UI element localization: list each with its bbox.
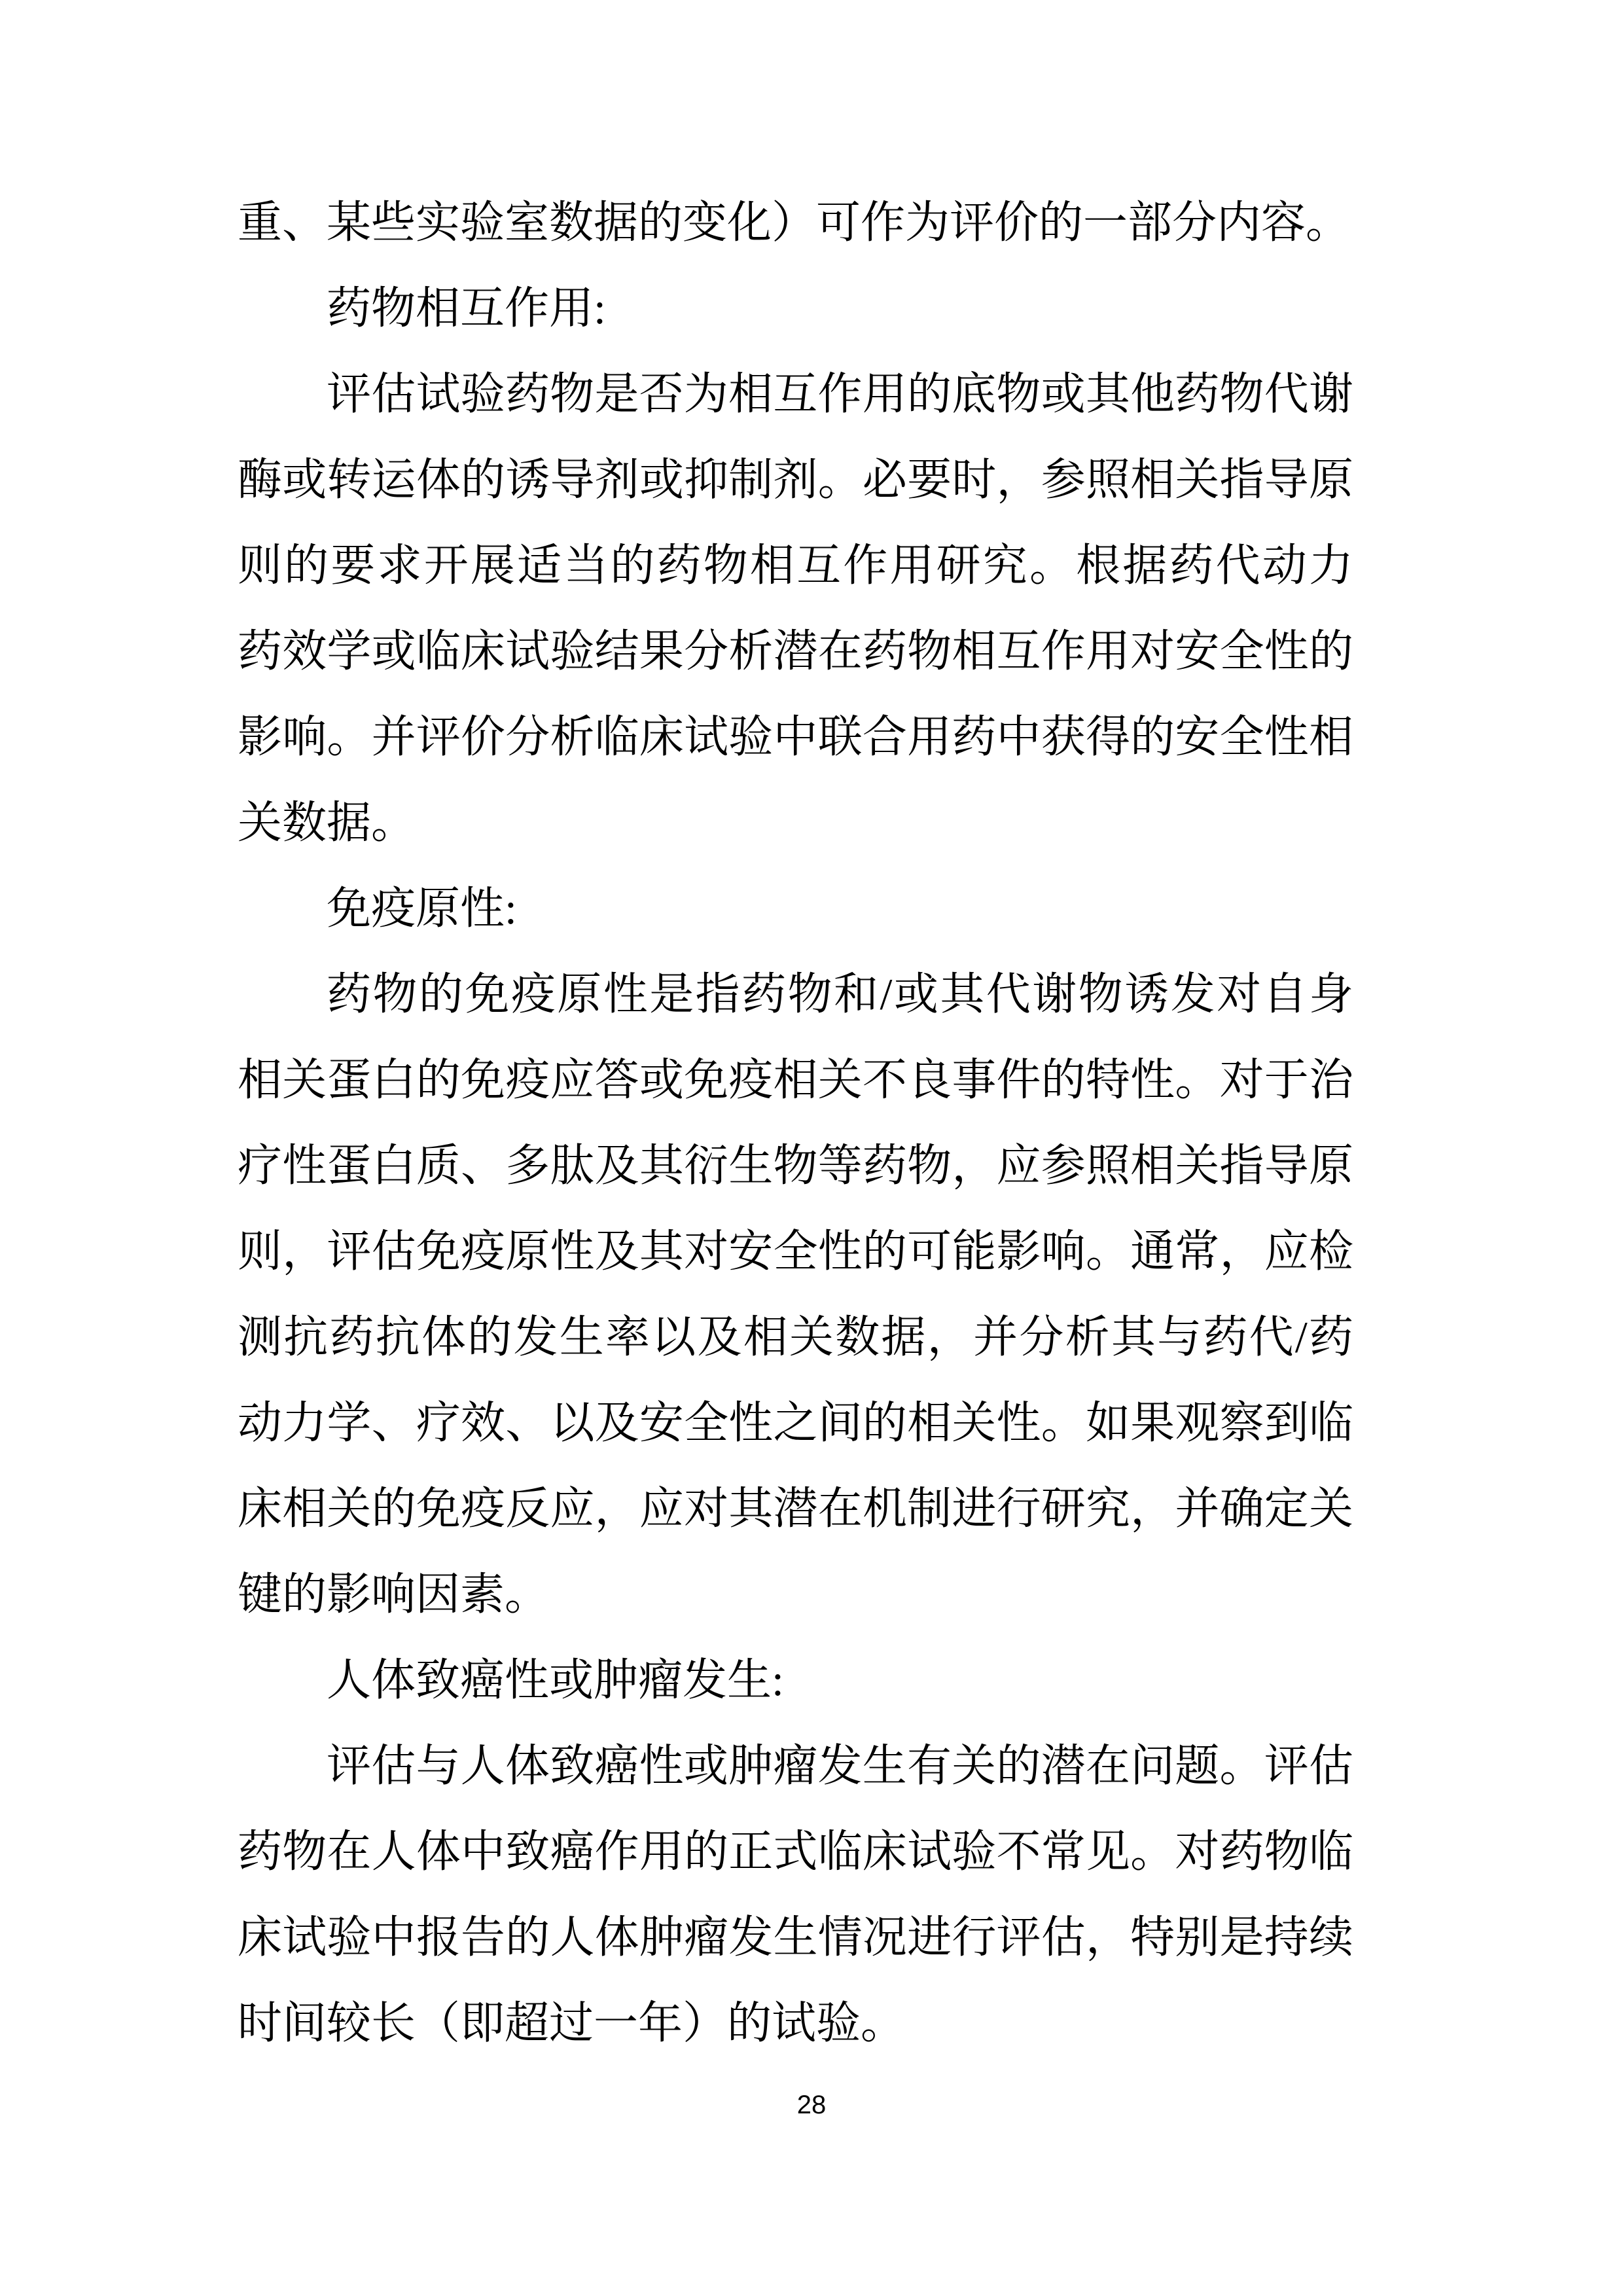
body-text-line: 测抗药抗体的发生率以及相关数据，并分析其与药代/药效 <box>238 1295 1353 1380</box>
body-text-line: 床相关的免疫反应，应对其潜在机制进行研究，并确定关 <box>238 1466 1353 1552</box>
body-text-line: 时间较长（即超过一年）的试验。 <box>238 1981 1353 2066</box>
body-text-line: 评估试验药物是否为相互作用的底物或其他药物代谢 <box>238 351 1353 437</box>
document-page: 重、某些实验室数据的变化）可作为评价的一部分内容。药物相互作用:评估试验药物是否… <box>0 0 1623 2296</box>
section-heading-line: 药物相互作用: <box>238 266 1353 351</box>
text-block: 重、某些实验室数据的变化）可作为评价的一部分内容。药物相互作用:评估试验药物是否… <box>238 180 1353 2066</box>
body-text-line: 疗性蛋白质、多肽及其衍生物等药物，应参照相关指导原 <box>238 1123 1353 1209</box>
body-text-line: 酶或转运体的诱导剂或抑制剂。必要时，参照相关指导原 <box>238 437 1353 523</box>
body-text-line: 药物的免疫原性是指药物和/或其代谢物诱发对自身或 <box>238 952 1353 1037</box>
body-text-line: 则，评估免疫原性及其对安全性的可能影响。通常，应检 <box>238 1209 1353 1295</box>
body-text-line: 评估与人体致癌性或肿瘤发生有关的潜在问题。评估 <box>238 1723 1353 1809</box>
body-text-line: 关数据。 <box>238 780 1353 866</box>
body-text-line: 键的影响因素。 <box>238 1552 1353 1638</box>
body-text-line: 动力学、疗效、以及安全性之间的相关性。如果观察到临 <box>238 1380 1353 1466</box>
body-text-line: 相关蛋白的免疫应答或免疫相关不良事件的特性。对于治 <box>238 1037 1353 1123</box>
page-number: 28 <box>0 2089 1623 2121</box>
body-text-line: 影响。并评价分析临床试验中联合用药中获得的安全性相 <box>238 694 1353 780</box>
body-text-line: 重、某些实验室数据的变化）可作为评价的一部分内容。 <box>238 180 1353 266</box>
body-text-line: 药物在人体中致癌作用的正式临床试验不常见。对药物临 <box>238 1809 1353 1895</box>
body-text-line: 则的要求开展适当的药物相互作用研究。根据药代动力学、 <box>238 523 1353 609</box>
section-heading-line: 人体致癌性或肿瘤发生: <box>238 1638 1353 1723</box>
section-heading-line: 免疫原性: <box>238 866 1353 952</box>
body-text-line: 床试验中报告的人体肿瘤发生情况进行评估，特别是持续 <box>238 1895 1353 1981</box>
body-text-line: 药效学或临床试验结果分析潜在药物相互作用对安全性的 <box>238 609 1353 694</box>
